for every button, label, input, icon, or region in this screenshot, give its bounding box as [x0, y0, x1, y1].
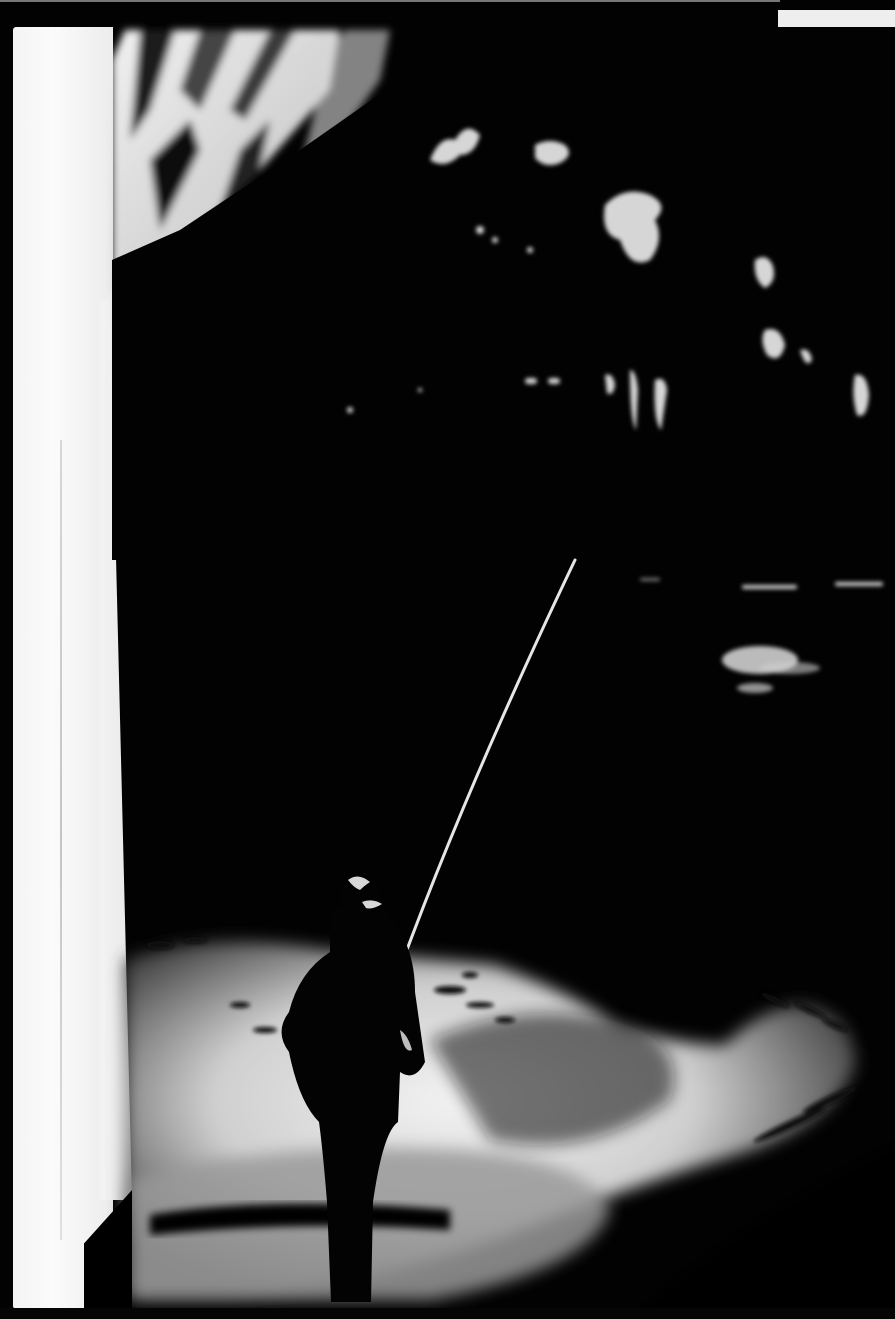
photo-frame: [0, 0, 895, 1319]
photo-scene: [0, 0, 895, 1319]
fishing-rod: [405, 560, 575, 955]
river-sheen: [640, 578, 883, 693]
scan-bottom-edge: [0, 1308, 895, 1319]
